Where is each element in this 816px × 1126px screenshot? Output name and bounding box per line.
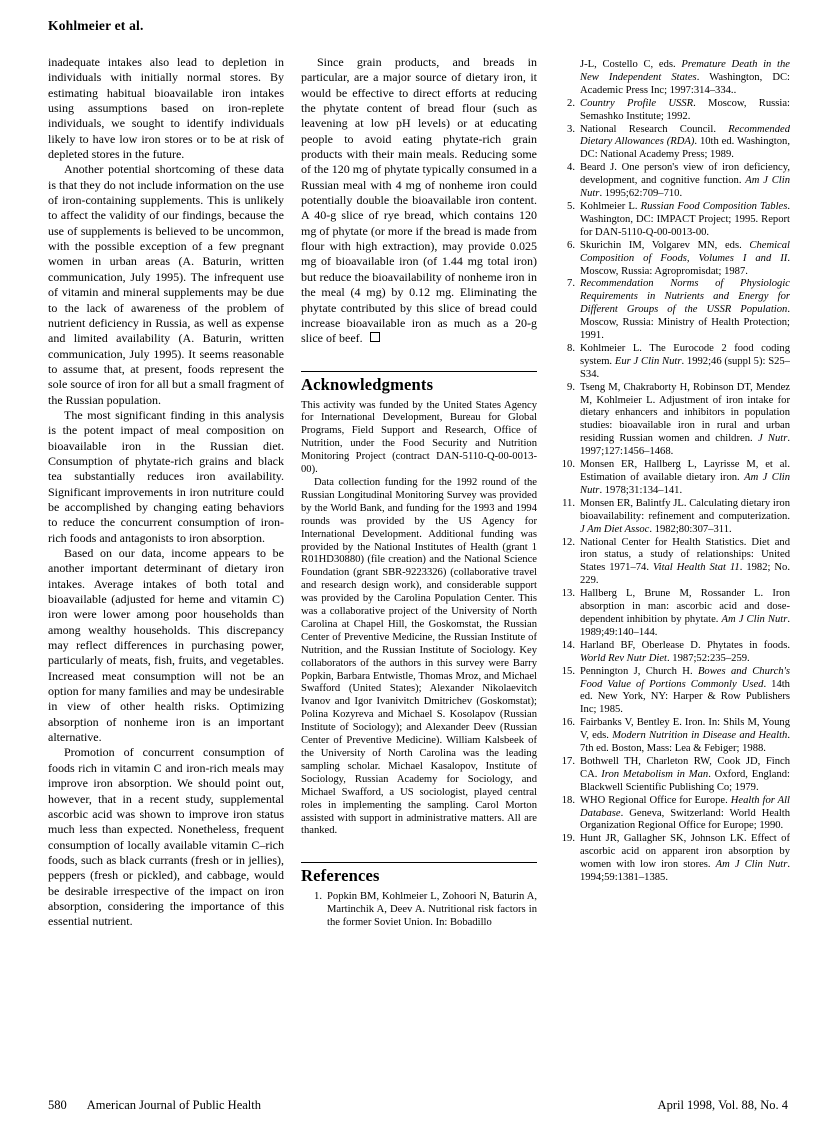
reference-item: 8.Kohlmeier L. The Eurocode 2 food codin…	[554, 343, 790, 382]
reference-number: 10.	[554, 459, 580, 498]
column-right: J-L, Costello C, eds. Premature Death in…	[554, 55, 790, 1067]
reference-number: 7.	[554, 278, 580, 343]
references-heading: References	[301, 866, 537, 886]
content-columns: inadequate intakes also lead to depletio…	[48, 55, 790, 1067]
reference-item: 15.Pennington J, Church H. Bowes and Chu…	[554, 666, 790, 718]
reference-list: J-L, Costello C, eds. Premature Death in…	[554, 59, 790, 885]
reference-text: Hunt JR, Gallagher SK, Johnson LK. Effec…	[580, 833, 790, 885]
reference-number: 19.	[554, 833, 580, 885]
journal-page: Kohlmeier et al. inadequate intakes also…	[0, 0, 816, 1126]
reference-item: 7.Recommendation Norms of Physiologic Re…	[554, 278, 790, 343]
section-rule	[301, 862, 537, 863]
reference-number: 14.	[554, 640, 580, 666]
running-head: Kohlmeier et al.	[48, 18, 790, 34]
reference-text: Tseng M, Chakraborty H, Robinson DT, Men…	[580, 382, 790, 459]
column-left: inadequate intakes also lead to depletio…	[48, 55, 284, 1067]
reference-text: Popkin BM, Kohlmeier L, Zohoori N, Batur…	[327, 891, 537, 930]
reference-text: Monsen ER, Hallberg L, Layrisse M, et al…	[580, 459, 790, 498]
reference-list: 1.Popkin BM, Kohlmeier L, Zohoori N, Bat…	[301, 891, 537, 930]
reference-text: Pennington J, Church H. Bowes and Church…	[580, 666, 790, 718]
page-number: 580	[48, 1098, 67, 1112]
reference-number: 18.	[554, 795, 580, 834]
reference-item: 4.Beard J. One person's view of iron def…	[554, 162, 790, 201]
reference-text: Country Profile USSR. Moscow, Russia: Se…	[580, 98, 790, 124]
reference-item: 19.Hunt JR, Gallagher SK, Johnson LK. Ef…	[554, 833, 790, 885]
paragraph: Another potential shortcoming of these d…	[48, 162, 284, 408]
reference-number: 8.	[554, 343, 580, 382]
reference-item: 9.Tseng M, Chakraborty H, Robinson DT, M…	[554, 382, 790, 459]
reference-text: Beard J. One person's view of iron defic…	[580, 162, 790, 201]
paragraph: Since grain products, and breads in part…	[301, 55, 537, 347]
reference-item: 14.Harland BF, Oberlease D. Phytates in …	[554, 640, 790, 666]
reference-item: 10.Monsen ER, Hallberg L, Layrisse M, et…	[554, 459, 790, 498]
reference-item: 2.Country Profile USSR. Moscow, Russia: …	[554, 98, 790, 124]
page-footer: 580American Journal of Public Health Apr…	[48, 1098, 788, 1113]
reference-number: 16.	[554, 717, 580, 756]
reference-number: 3.	[554, 124, 580, 163]
reference-number: 5.	[554, 201, 580, 240]
reference-item: 6.Skurichin IM, Volgarev MN, eds. Chemic…	[554, 240, 790, 279]
reference-number: 11.	[554, 498, 580, 537]
journal-name: American Journal of Public Health	[87, 1098, 261, 1112]
paragraph-text: Since grain products, and breads in part…	[301, 55, 537, 345]
paragraph: inadequate intakes also lead to depletio…	[48, 55, 284, 162]
reference-number: 4.	[554, 162, 580, 201]
reference-item: 3.National Research Council. Recommended…	[554, 124, 790, 163]
reference-number: 12.	[554, 537, 580, 589]
reference-item: 12.National Center for Health Statistics…	[554, 537, 790, 589]
reference-number: 2.	[554, 98, 580, 124]
reference-item: 16.Fairbanks V, Bentley E. Iron. In: Shi…	[554, 717, 790, 756]
reference-item: J-L, Costello C, eds. Premature Death in…	[554, 59, 790, 98]
reference-text: WHO Regional Office for Europe. Health f…	[580, 795, 790, 834]
reference-text: Skurichin IM, Volgarev MN, eds. Chemical…	[580, 240, 790, 279]
issue-info: April 1998, Vol. 88, No. 4	[658, 1098, 788, 1113]
reference-item: 17.Bothwell TH, Charleton RW, Cook JD, F…	[554, 756, 790, 795]
reference-text: National Center for Health Statistics. D…	[580, 537, 790, 589]
reference-number: 1.	[301, 891, 327, 930]
reference-number: 15.	[554, 666, 580, 718]
reference-item: 1.Popkin BM, Kohlmeier L, Zohoori N, Bat…	[301, 891, 537, 930]
reference-text: Kohlmeier L. The Eurocode 2 food coding …	[580, 343, 790, 382]
section-rule	[301, 371, 537, 372]
reference-text: National Research Council. Recommended D…	[580, 124, 790, 163]
reference-text: Hallberg L, Brune M, Rossander L. Iron a…	[580, 588, 790, 640]
reference-number: 17.	[554, 756, 580, 795]
column-middle: Since grain products, and breads in part…	[301, 55, 537, 1067]
end-of-article-icon	[370, 332, 380, 342]
reference-text: Harland BF, Oberlease D. Phytates in foo…	[580, 640, 790, 666]
footer-left: 580American Journal of Public Health	[48, 1098, 261, 1113]
reference-text: Monsen ER, Balintfy JL. Calculating diet…	[580, 498, 790, 537]
reference-text: Fairbanks V, Bentley E. Iron. In: Shils …	[580, 717, 790, 756]
acknowledgments-paragraph: This activity was funded by the United S…	[301, 400, 537, 477]
reference-text: J-L, Costello C, eds. Premature Death in…	[580, 59, 790, 98]
reference-number: 6.	[554, 240, 580, 279]
reference-item: 5.Kohlmeier L. Russian Food Composition …	[554, 201, 790, 240]
paragraph: The most significant finding in this ana…	[48, 408, 284, 546]
reference-text: Recommendation Norms of Physiologic Requ…	[580, 278, 790, 343]
acknowledgments-heading: Acknowledgments	[301, 375, 537, 395]
reference-number: 9.	[554, 382, 580, 459]
reference-text: Kohlmeier L. Russian Food Composition Ta…	[580, 201, 790, 240]
reference-number	[554, 59, 580, 98]
paragraph: Based on our data, income appears to be …	[48, 546, 284, 745]
reference-text: Bothwell TH, Charleton RW, Cook JD, Finc…	[580, 756, 790, 795]
reference-item: 18.WHO Regional Office for Europe. Healt…	[554, 795, 790, 834]
paragraph: Promotion of concurrent consumption of f…	[48, 745, 284, 929]
reference-item: 13.Hallberg L, Brune M, Rossander L. Iro…	[554, 588, 790, 640]
acknowledgments-paragraph: Data collection funding for the 1992 rou…	[301, 477, 537, 838]
reference-item: 11.Monsen ER, Balintfy JL. Calculating d…	[554, 498, 790, 537]
reference-number: 13.	[554, 588, 580, 640]
